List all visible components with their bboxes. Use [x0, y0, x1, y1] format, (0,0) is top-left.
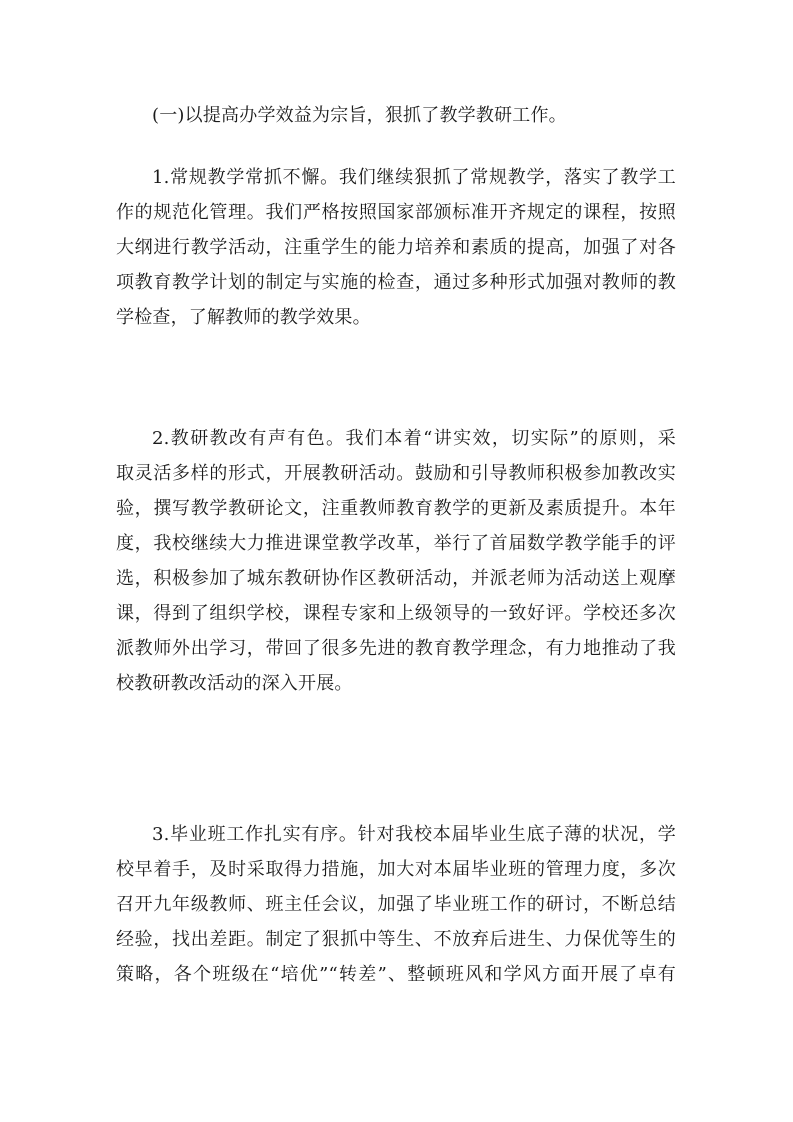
- paragraph-line: 选，积极参加了城东教研协作区教研活动，并派老师为活动送上观摩: [116, 568, 676, 590]
- paragraph-line: 校教研教改活动的深入开展。: [116, 673, 676, 695]
- paragraph-line: 作的规范化管理。我们严格按照国家部颁标准开齐规定的课程，按照: [116, 202, 676, 224]
- paragraph-line: 项教育教学计划的制定与实施的检查，通过多种形式加强对教师的教: [116, 272, 676, 294]
- paragraph-line: 校早着手，及时采取得力措施，加大对本届毕业班的管理力度，多次: [116, 859, 676, 881]
- paragraph-line: 课，得到了组织学校，课程专家和上级领导的一致好评。学校还多次: [116, 603, 676, 625]
- paragraph-line: 学检查，了解教师的教学效果。: [116, 307, 676, 329]
- paragraph-line: 3.毕业班工作扎实有序。针对我校本届毕业生底子薄的状况，学: [152, 824, 676, 846]
- document-page: (一)以提高办学效益为宗旨，狠抓了教学教研工作。 1.常规教学常抓不懈。我们继续…: [0, 0, 793, 1122]
- paragraph-line: 度，我校继续大力推进课堂教学改革，举行了首届数学教学能手的评: [116, 533, 676, 555]
- paragraph-line: 1.常规教学常抓不懈。我们继续狠抓了常规教学，落实了教学工: [152, 167, 676, 189]
- section-heading: (一)以提高办学效益为宗旨，狠抓了教学教研工作。: [152, 105, 676, 127]
- paragraph-line: 2.教研教改有声有色。我们本着“讲实效，切实际”的原则，采: [152, 428, 676, 450]
- paragraph-line: 取灵活多样的形式，开展教研活动。鼓励和引导教师积极参加教改实: [116, 463, 676, 485]
- paragraph-line: 派教师外出学习，带回了很多先进的教育教学理念，有力地推动了我: [116, 638, 676, 660]
- paragraph-line: 召开九年级教师、班主任会议，加强了毕业班工作的研讨，不断总结: [116, 894, 676, 916]
- paragraph-line: 验，撰写教学教研论文，注重教师教育教学的更新及素质提升。本年: [116, 498, 676, 520]
- paragraph-line: 策略，各个班级在“培优”“转差”、整顿班风和学风方面开展了卓有: [116, 964, 676, 986]
- paragraph-line: 大纲进行教学活动，注重学生的能力培养和素质的提高，加强了对各: [116, 237, 676, 259]
- paragraph-line: 经验，找出差距。制定了狠抓中等生、不放弃后进生、力保优等生的: [116, 929, 676, 951]
